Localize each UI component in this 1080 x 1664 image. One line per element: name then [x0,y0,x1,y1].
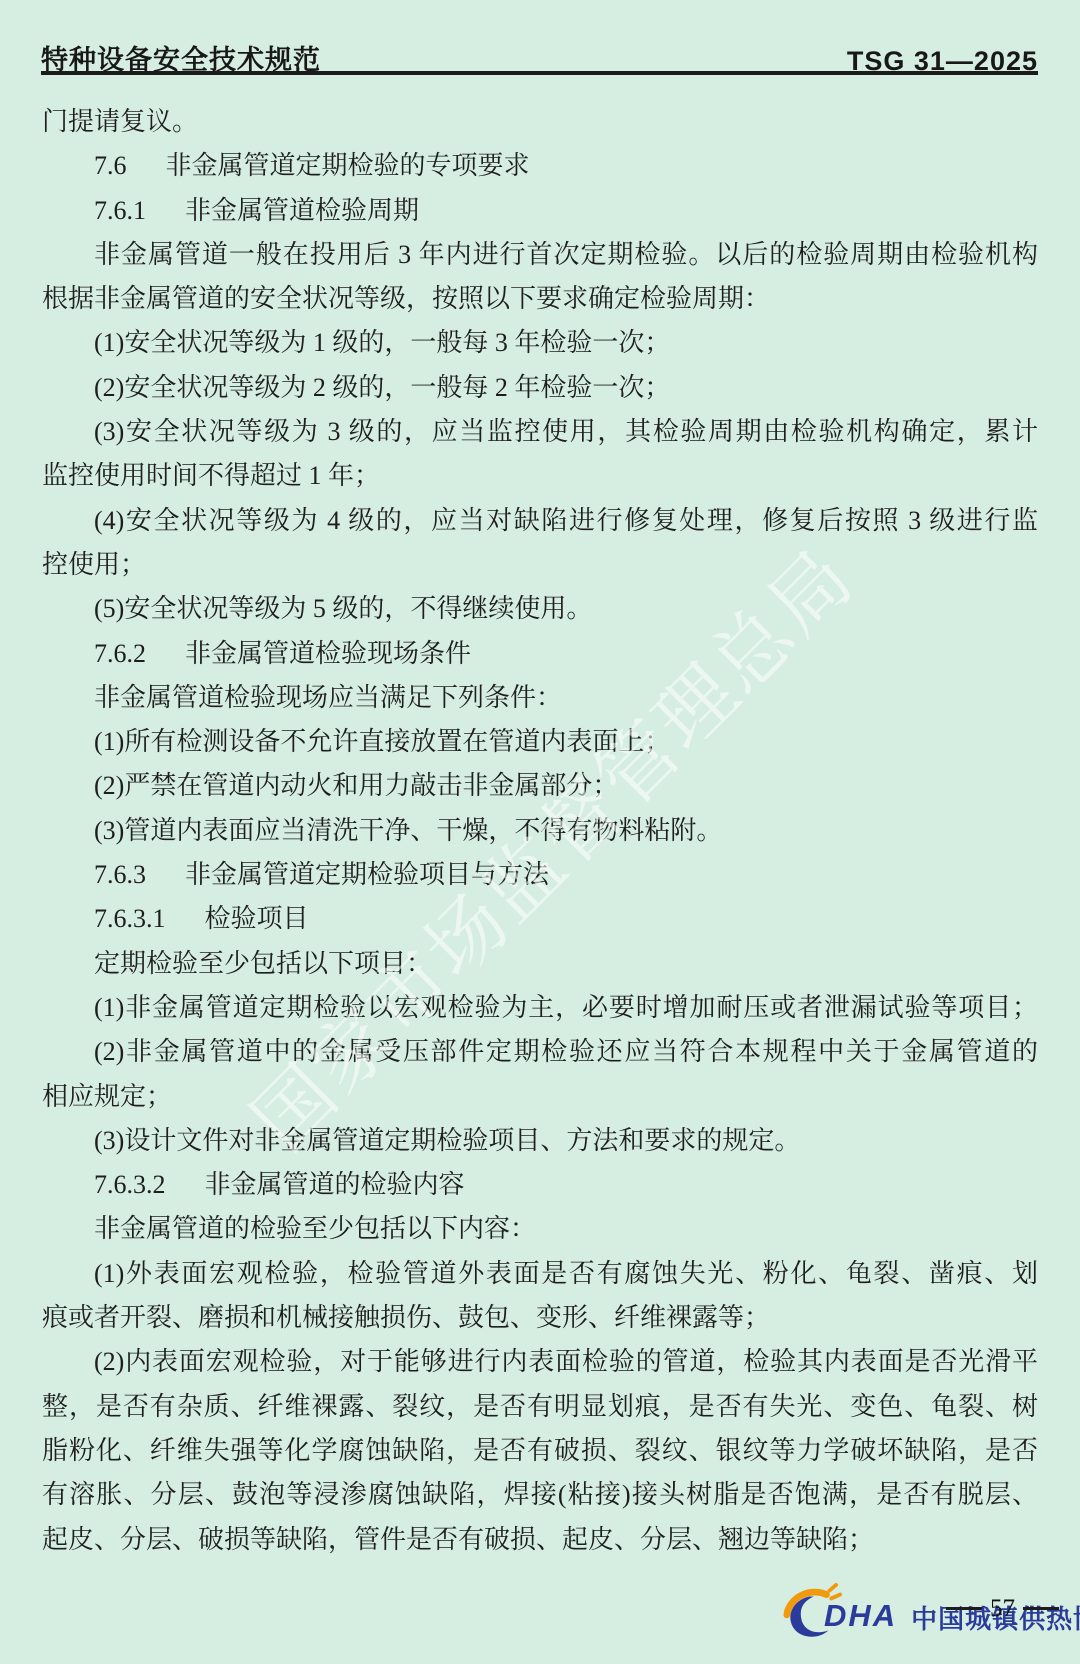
text-line: (3)安全状况等级为 3 级的，应当监控使用，其检验周期由检验机构确定，累计 [42,410,1038,454]
text-line: 非金属管道一般在投用后 3 年内进行首次定期检验。以后的检验周期由检验机构 [42,233,1038,277]
text-line: 门提请复议。 [42,100,1038,144]
text-line: 7.6.3.2 非金属管道的检验内容 [42,1163,1038,1207]
text-line: 7.6.3 非金属管道定期检验项目与方法 [42,853,1038,897]
text-line: 起皮、分层、破损等缺陷，管件是否有破损、起皮、分层、翘边等缺陷； [42,1518,1038,1562]
text-line: (2)非金属管道中的金属受压部件定期检验还应当符合本规程中关于金属管道的 [42,1030,1038,1074]
page-number-dash-left [946,1607,982,1610]
text-line: (4)安全状况等级为 4 级的，应当对缺陷进行修复处理，修复后按照 3 级进行监 [42,499,1038,543]
text-line: (5)安全状况等级为 5 级的，不得继续使用。 [42,587,1038,631]
text-line: 根据非金属管道的安全状况等级，按照以下要求确定检验周期： [42,277,1038,321]
text-line: (2)严禁在管道内动火和用力敲击非金属部分； [42,764,1038,808]
text-line: 有溶胀、分层、鼓泡等浸渗腐蚀缺陷，焊接(粘接)接头树脂是否饱满，是否有脱层、 [42,1473,1038,1517]
text-line: 监控使用时间不得超过 1 年； [42,454,1038,498]
dha-logo-text: DHA [824,1598,897,1634]
text-line: 痕或者开裂、磨损和机械接触损伤、鼓包、变形、纤维裸露等； [42,1296,1038,1340]
document-lines: 门提请复议。7.6 非金属管道定期检验的专项要求7.6.1 非金属管道检验周期非… [42,100,1038,1562]
page-number-dash-right [1023,1607,1059,1610]
header-rule [41,71,1038,75]
text-line: (1)外表面宏观检验，检验管道外表面是否有腐蚀失光、粉化、龟裂、凿痕、划 [42,1252,1038,1296]
page-number: 57 [946,1596,1059,1621]
text-line: 控使用； [42,543,1038,587]
text-line: 7.6 非金属管道定期检验的专项要求 [42,144,1038,188]
text-line: 7.6.3.1 检验项目 [42,897,1038,941]
text-line: (3)管道内表面应当清洗干净、干燥，不得有物料粘附。 [42,809,1038,853]
text-line: 相应规定； [42,1075,1038,1119]
text-line: 脂粉化、纤维失强等化学腐蚀缺陷，是否有破损、裂纹、银纹等力学破坏缺陷，是否 [42,1429,1038,1473]
text-line: (1)非金属管道定期检验以宏观检验为主，必要时增加耐压或者泄漏试验等项目； [42,986,1038,1030]
text-line: 定期检验至少包括以下项目： [42,942,1038,986]
text-line: (2)内表面宏观检验，对于能够进行内表面检验的管道，检验其内表面是否光滑平 [42,1340,1038,1384]
text-line: (2)安全状况等级为 2 级的，一般每 2 年检验一次； [42,366,1038,410]
text-line: (1)所有检测设备不允许直接放置在管道内表面上； [42,720,1038,764]
text-line: 7.6.2 非金属管道检验现场条件 [42,632,1038,676]
text-line: 非金属管道的检验至少包括以下内容： [42,1207,1038,1251]
text-line: 7.6.1 非金属管道检验周期 [42,189,1038,233]
text-line: 整，是否有杂质、纤维裸露、裂纹，是否有明显划痕，是否有失光、变色、龟裂、树 [42,1385,1038,1429]
text-line: (3)设计文件对非金属管道定期检验项目、方法和要求的规定。 [42,1119,1038,1163]
document-page: 特种设备安全技术规范 TSG 31—2025 门提请复议。7.6 非金属管道定期… [0,0,1080,1664]
text-line: 非金属管道检验现场应当满足下列条件： [42,676,1038,720]
page-number-value: 57 [990,1596,1015,1621]
text-line: (1)安全状况等级为 1 级的，一般每 3 年检验一次； [42,321,1038,365]
